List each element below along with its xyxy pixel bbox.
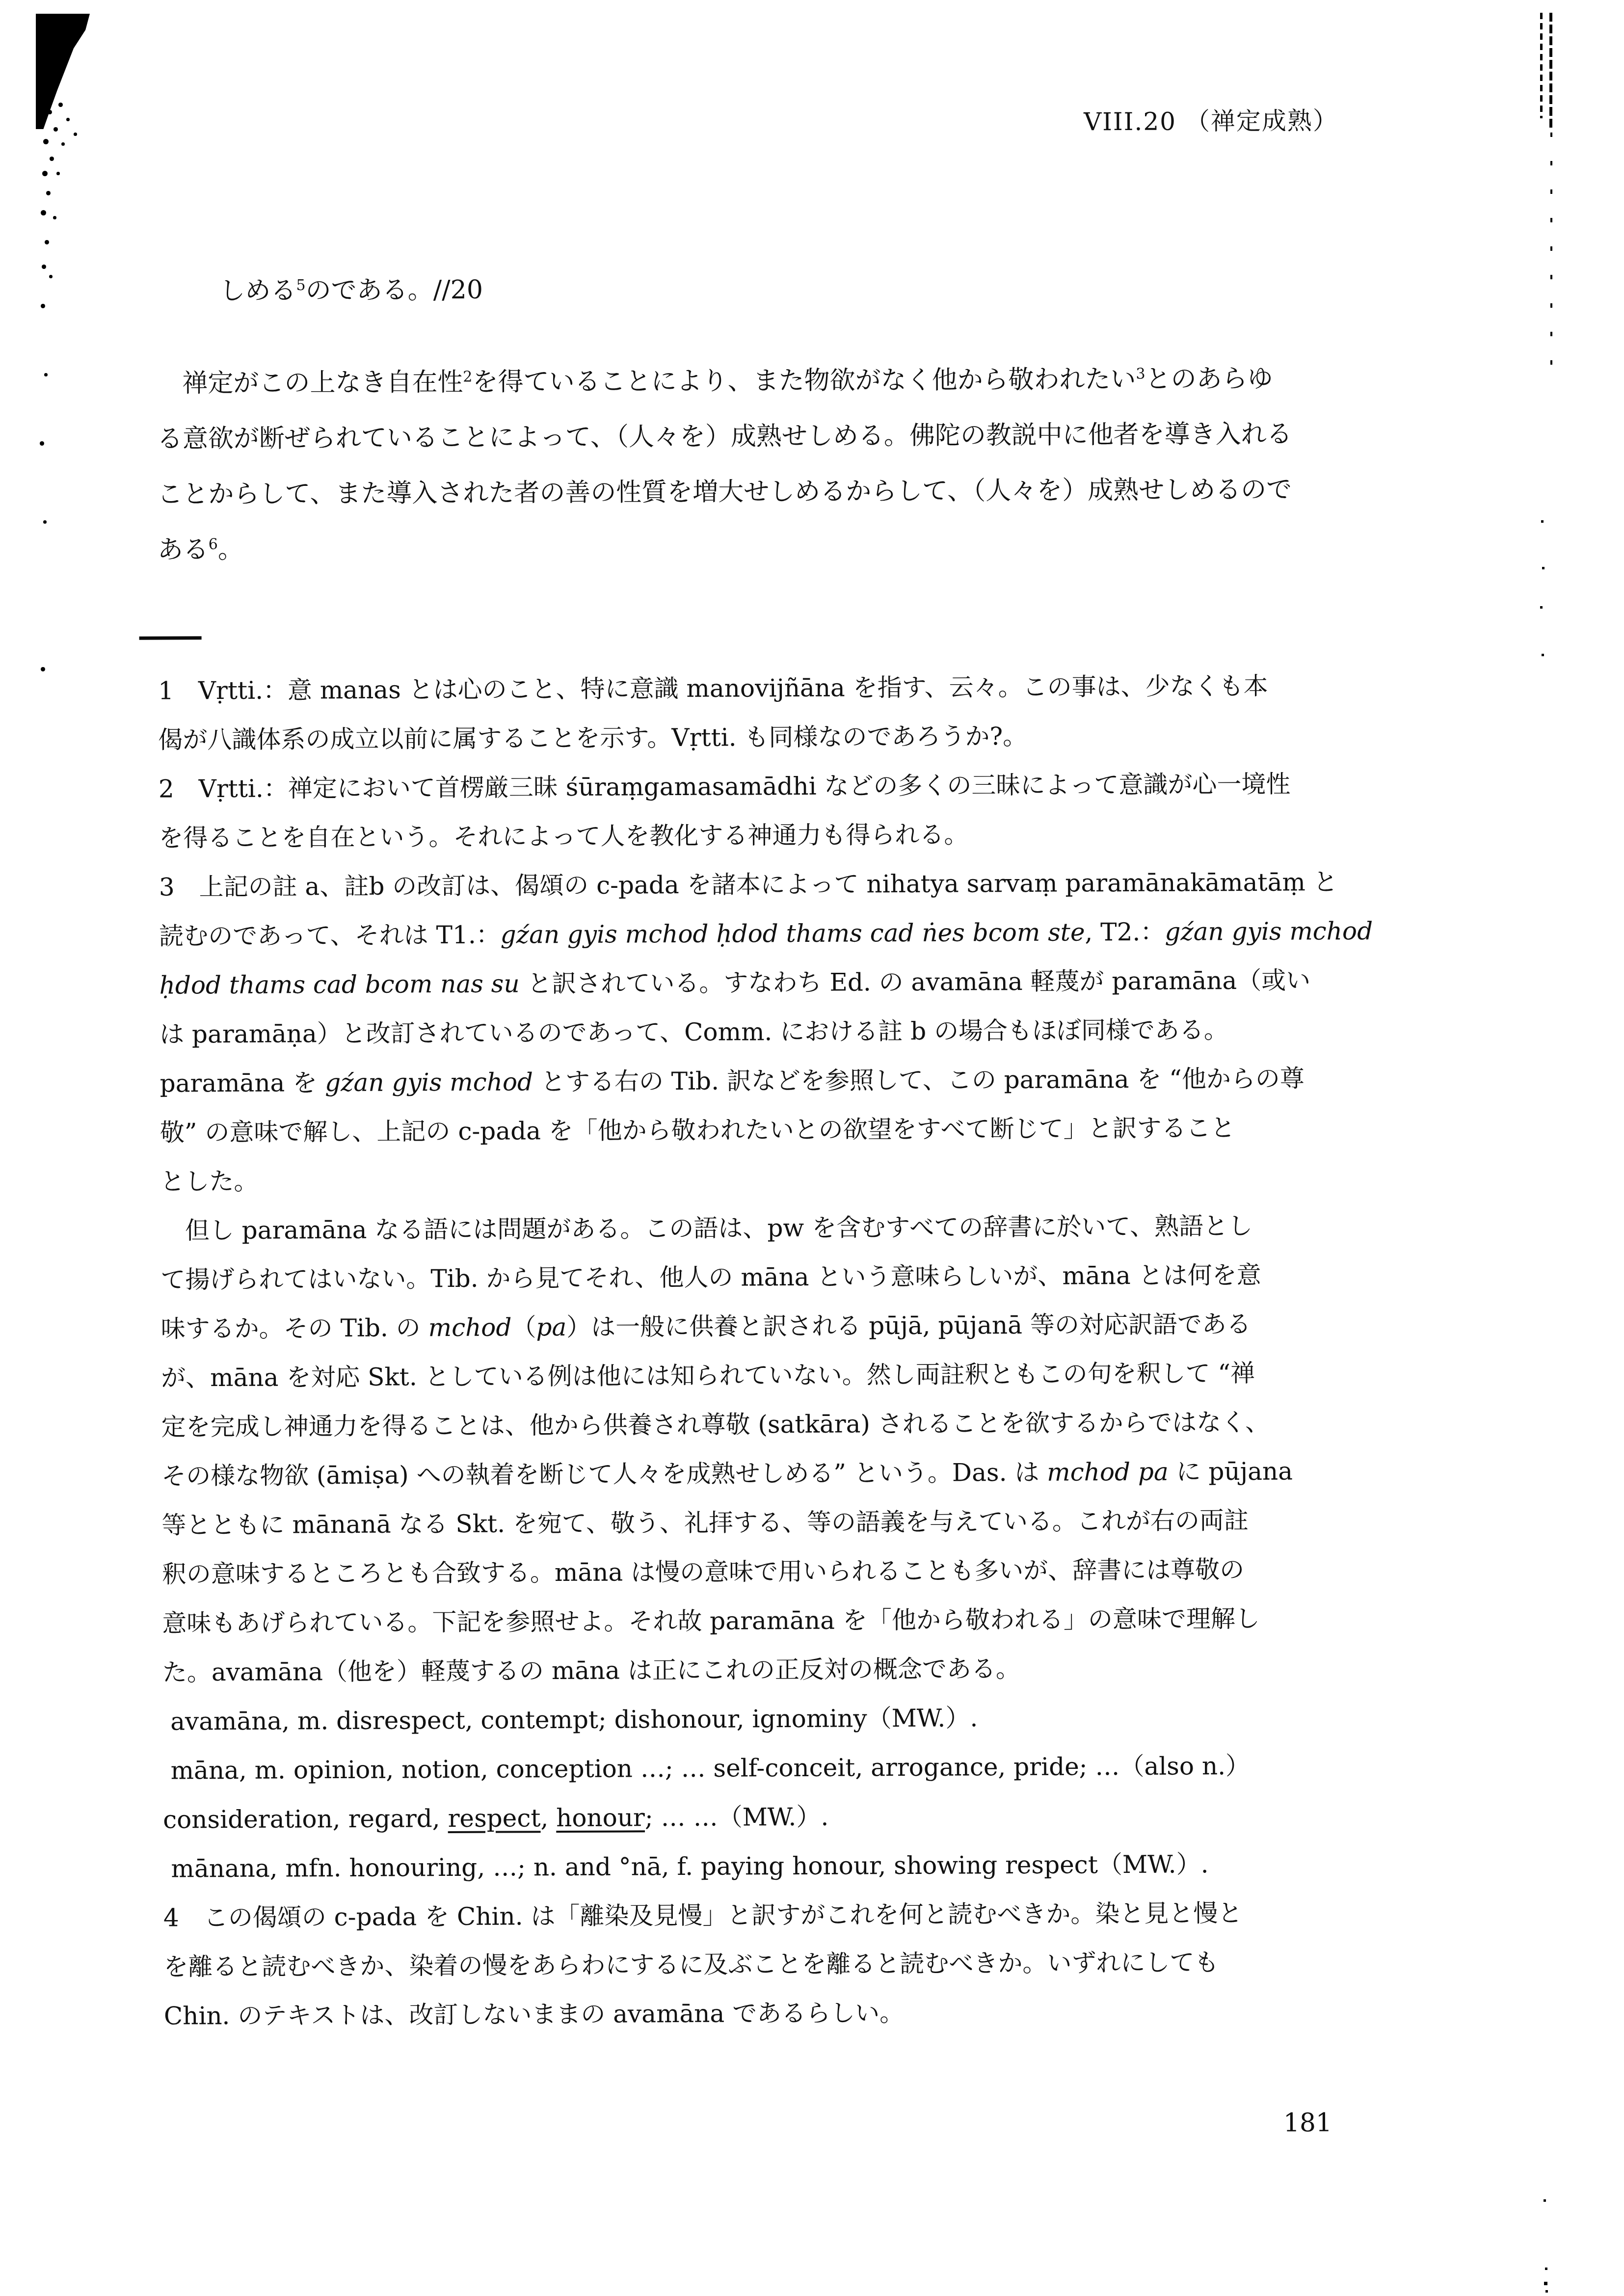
text-line: 読むのであって、それは T1.：gźan gyis mchod ḥdod tha…	[159, 907, 1373, 961]
text-line: māna, m. opinion, notion, conception …; …	[162, 1741, 1376, 1795]
text-line: を離ると読むべきか、染着の慢をあらわにするに及ぶことを離ると読むべきか。いずれに…	[163, 1937, 1377, 1992]
text-line: ことからして、また導入された者の善の性質を増大せしめるからして、（人々を）成熟せ…	[157, 462, 1292, 522]
text-line: ḥdod thams cad bcom nas su と訳されている。すなわち …	[159, 956, 1373, 1010]
text-run: mchod pa	[1047, 1458, 1169, 1487]
text-line: consideration, regard, respect, honour; …	[163, 1790, 1377, 1844]
main-paragraph: 禅定がこの上なき自在性2を得ていることにより、また物欲がなく他から敬われたい3と…	[157, 351, 1293, 578]
text-line: 禅定がこの上なき自在性2を得ていることにより、また物欲がなく他から敬われたい3と…	[157, 351, 1292, 411]
text-line: が、māna を対応 Skt. としている例は他には知られていない。然し両註釈と…	[161, 1348, 1375, 1403]
text-run: honour	[556, 1803, 645, 1832]
text-run: respect	[448, 1804, 540, 1833]
text-line: 3 上記の註 a、註b の改訂は、偈頌の c-pada を諸本によって niha…	[159, 857, 1373, 912]
text-line: 1 Vṛtti.：意 manas とは心のこと、特に意識 manovijñāna…	[158, 661, 1372, 716]
text-line: を得ることを自在という。それによって人を教化する神通力も得られる。	[159, 808, 1372, 863]
text-line: て揚げられてはいない。Tib. から見てそれ、他人の māna という意味らしい…	[160, 1250, 1374, 1305]
superscript-note-ref: 5	[296, 277, 305, 294]
text-line: mānana, mfn. honouring, …; n. and °nā, f…	[163, 1839, 1377, 1894]
text-run: gźan gyis mchod	[1165, 917, 1373, 946]
superscript-note-ref: 3	[1136, 365, 1145, 382]
text-line: る意欲が断ぜられていることによって、（人々を）成熟せしめる。佛陀の教説中に他者を…	[157, 406, 1292, 467]
text-line: 但し paramāna なる語には問題がある。この語は、pw を含むすべての辞書…	[160, 1201, 1374, 1255]
text-run: pa	[536, 1313, 566, 1341]
scanned-page: VIII.20 （禅定成熟） しめる5のである。//20 禅定がこの上なき自在性…	[0, 0, 1624, 2296]
footnote-separator	[139, 636, 202, 640]
text-line: とした。	[160, 1152, 1374, 1206]
page-content: VIII.20 （禅定成熟） しめる5のである。//20 禅定がこの上なき自在性…	[0, 0, 1624, 2296]
text-line: avamāna, m. disrespect, contempt; dishon…	[162, 1692, 1376, 1746]
text-line: 意味もあげられている。下記を参照せよ。それ故 paramāna を「他から敬われ…	[162, 1594, 1376, 1648]
text-line: 4 この偈頌の c-pada を Chin. は「離染及見慢」と訳すがこれを何と…	[163, 1888, 1377, 1943]
text-line: 2 Vṛtti.：禅定において首楞厳三昧 śūraṃgamasamādhi など…	[159, 759, 1372, 814]
text-line: Chin. のテキストは、改訂しないままの avamāna であるらしい。	[164, 1986, 1378, 2041]
page-number: 181	[1283, 2108, 1332, 2137]
text-line: ある6。	[158, 517, 1293, 578]
running-header: VIII.20 （禅定成熟）	[1084, 99, 1338, 144]
text-line: 偈が八識体系の成立以前に属することを示す。Vṛtti. も同様なのであろうか?。	[158, 710, 1372, 765]
text-run: mchod	[428, 1313, 512, 1342]
text-run: gźan gyis mchod	[325, 1068, 533, 1097]
text-line: た。avamāna（他を）軽蔑するの māna は正にこれの正反対の概念である。	[162, 1643, 1376, 1697]
text-run: gźan gyis mchod ḥdod thams cad ṅes bcom …	[501, 918, 1085, 949]
superscript-note-ref: 6	[209, 536, 218, 553]
text-line: 等とともに mānanā なる Skt. を宛て、敬う、礼拝する、等の語義を与え…	[161, 1495, 1375, 1550]
text-line: は paramāṇa）と改訂されているのであって、Comm. における註 b の…	[160, 1005, 1373, 1059]
text-line: 味するか。その Tib. の mchod（pa）は一般に供養と訳される pūjā…	[161, 1299, 1375, 1354]
text-line: 定を完成し神通力を得ることは、他から供養され尊敬 (satkāra) されること…	[161, 1397, 1375, 1452]
superscript-note-ref: 2	[463, 368, 472, 385]
footnotes-block: 1 Vṛtti.：意 manas とは心のこと、特に意識 manovijñāna…	[158, 661, 1378, 2041]
text-line: 釈の意味するところとも合致する。māna は慢の意味で用いられることも多いが、辞…	[162, 1545, 1376, 1599]
text-line: 敬” の意味で解し、上記の c-pada を「他から敬われたいとの欲望をすべて断…	[160, 1103, 1374, 1157]
text-run: ḥdod thams cad bcom nas su	[160, 969, 520, 999]
verse-closing-line: しめる5のである。//20	[219, 263, 483, 319]
text-line: paramāna を gźan gyis mchod とする右の Tib. 訳な…	[160, 1054, 1373, 1108]
text-line: その様な物欲 (āmiṣa) への執着を断じて人々を成熟せしめる” という。Da…	[161, 1446, 1375, 1501]
